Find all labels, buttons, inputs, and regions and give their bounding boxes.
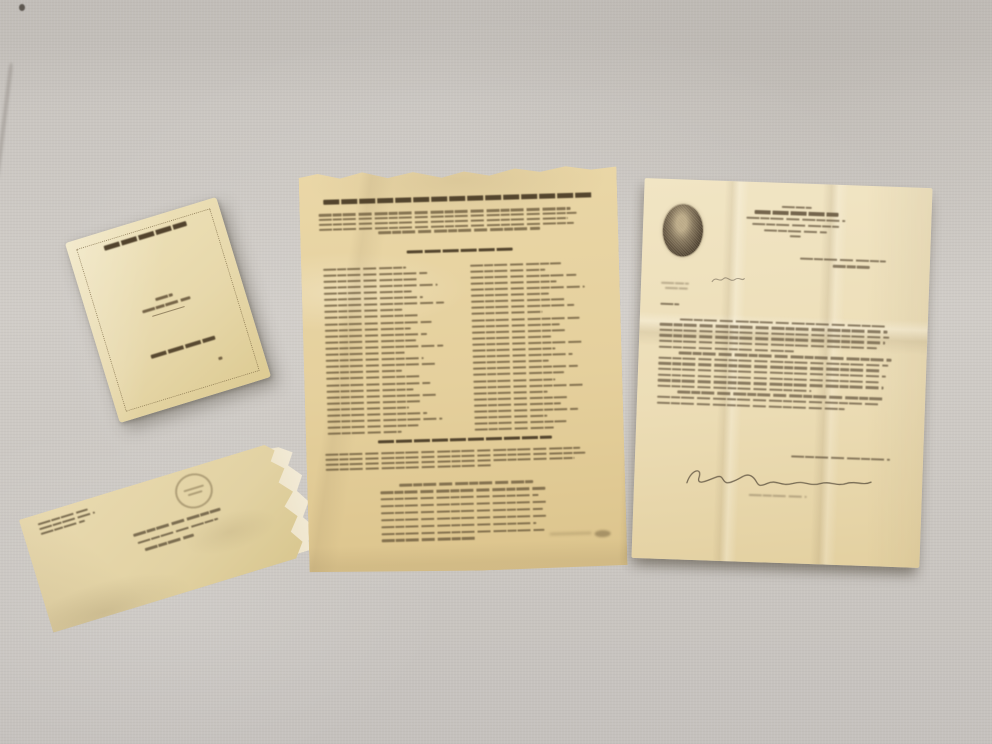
text-line: [325, 315, 421, 320]
text-line: [326, 344, 444, 349]
text-line: [324, 296, 423, 301]
text-line: [790, 235, 801, 237]
text-line: [471, 298, 567, 303]
text-line: [471, 323, 560, 327]
text-line: [781, 206, 811, 209]
text-line: [747, 217, 846, 222]
text-line: [326, 357, 424, 362]
text-line: [764, 229, 827, 233]
text-line: [381, 494, 539, 501]
text-line: [752, 223, 839, 228]
text-line: [471, 311, 543, 315]
photo-scene: [0, 0, 992, 744]
text-line: [470, 280, 556, 284]
text-line: [326, 370, 402, 374]
sheet-name-column-left: [323, 265, 461, 435]
text-line: [327, 400, 422, 405]
text-line: [471, 316, 579, 321]
text-line: [325, 309, 402, 313]
text-line: [474, 408, 578, 413]
text-line: [472, 335, 552, 339]
postmark-text-line: [187, 490, 202, 496]
text-line: [473, 390, 547, 394]
typed-letter: [631, 178, 932, 568]
text-line: [326, 363, 436, 368]
text-line: [381, 487, 546, 494]
text-line: [381, 522, 536, 529]
text-line: [382, 528, 545, 535]
text-line: [381, 515, 546, 522]
text-line: [325, 327, 410, 331]
text-line: [474, 420, 567, 425]
text-line: [324, 272, 428, 277]
text-line: [470, 274, 577, 279]
text-line: [661, 281, 689, 284]
text-line: [327, 412, 427, 417]
text-line: [474, 402, 561, 406]
text-line: [327, 381, 431, 386]
cloth-dark-speck: [19, 4, 25, 11]
text-line: [472, 347, 555, 351]
text-line: [324, 290, 412, 294]
text-line: [473, 378, 555, 382]
text-line: [324, 284, 438, 289]
letterhead: [721, 204, 872, 241]
text-line: [381, 508, 542, 515]
sheet-name-column-right: [470, 261, 605, 431]
text-line: [327, 393, 439, 398]
text-line: [473, 383, 584, 388]
text-line: [324, 302, 444, 307]
text-line: [471, 304, 574, 309]
text-line: [327, 388, 414, 392]
text-line: [470, 293, 548, 297]
text-line: [326, 352, 406, 356]
text-line: [754, 210, 838, 216]
text-line: [472, 353, 572, 358]
text-line: [471, 329, 565, 334]
letter-body: [657, 317, 908, 412]
text-line: [328, 418, 443, 423]
text-line: [470, 286, 585, 291]
text-line: [472, 360, 549, 364]
text-line: [472, 365, 578, 370]
sheet-centered-block: [380, 480, 553, 542]
text-line: [470, 268, 546, 272]
text-line: [327, 406, 408, 410]
text-line: [474, 415, 547, 419]
text-line: [324, 278, 417, 283]
text-line: [325, 333, 427, 338]
text-line: [326, 376, 419, 381]
text-line: [473, 372, 564, 377]
text-line: [325, 320, 432, 325]
text-line: [473, 396, 568, 401]
text-line: [325, 339, 416, 344]
text-line: [381, 501, 548, 508]
text-line: [472, 341, 584, 346]
text-line: [328, 424, 419, 429]
printed-list-sheet: [298, 164, 627, 576]
